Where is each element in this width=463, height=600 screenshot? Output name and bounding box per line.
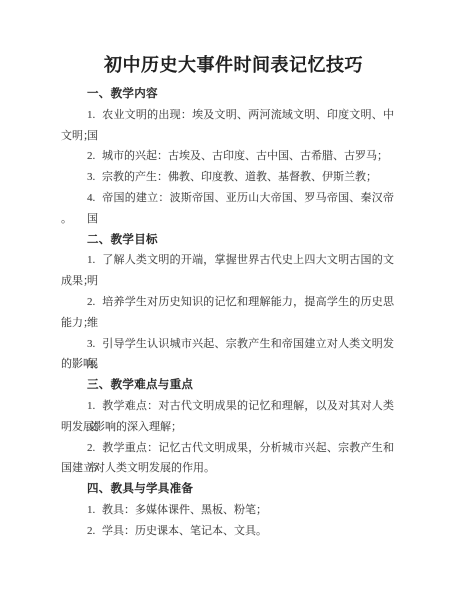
document-content: 初中历史大事件时间表记忆技巧 一、教学内容1. 农业文明的出现：埃及文明、两河流… bbox=[61, 52, 394, 542]
document-body: 一、教学内容1. 农业文明的出现：埃及文明、两河流域文明、印度文明、中国文明；2… bbox=[61, 84, 394, 542]
list-item-wrap-line: 国建立对人类文明发展的作用。 bbox=[61, 458, 394, 479]
list-item-wrap-line: 文明； bbox=[61, 126, 394, 147]
document-page: 初中历史大事件时间表记忆技巧 一、教学内容1. 农业文明的出现：埃及文明、两河流… bbox=[0, 0, 463, 600]
list-item-line: 2. 教学重点：记忆古代文明成果，分析城市兴起、宗教产生和帝 bbox=[61, 438, 394, 459]
list-item-line: 1. 了解人类文明的开端，掌握世界古代史上四大文明古国的文明 bbox=[61, 250, 394, 271]
list-item-line: 1. 农业文明的出现：埃及文明、两河流域文明、印度文明、中国 bbox=[61, 105, 394, 126]
list-item-line: 1. 教具：多媒体课件、黑板、粉笔； bbox=[61, 500, 394, 521]
list-item-wrap-line: 明发展影响的深入理解； bbox=[61, 417, 394, 438]
section-heading: 二、教学目标 bbox=[61, 230, 394, 251]
list-item-line: 3. 引导学生认识城市兴起、宗教产生和帝国建立对人类文明发展 bbox=[61, 334, 394, 355]
list-item-line: 2. 城市的兴起：古埃及、古印度、古中国、古希腊、古罗马； bbox=[61, 146, 394, 167]
list-item-line: 1. 教学难点：对古代文明成果的记忆和理解，以及对其对人类文 bbox=[61, 396, 394, 417]
list-item-line: 3. 宗教的产生：佛教、印度教、道教、基督教、伊斯兰教； bbox=[61, 167, 394, 188]
list-item-line: 2. 学具：历史课本、笔记本、文具。 bbox=[61, 521, 394, 542]
document-title: 初中历史大事件时间表记忆技巧 bbox=[61, 52, 394, 78]
list-item-wrap-line: 。 bbox=[61, 209, 394, 230]
list-item-line: 4. 帝国的建立：波斯帝国、亚历山大帝国、罗马帝国、秦汉帝国 bbox=[61, 188, 394, 209]
list-item-wrap-line: 能力； bbox=[61, 313, 394, 334]
section-heading: 四、教具与学具准备 bbox=[61, 479, 394, 500]
section-heading: 一、教学内容 bbox=[61, 84, 394, 105]
list-item-wrap-line: 成果； bbox=[61, 271, 394, 292]
list-item-line: 2. 培养学生对历史知识的记忆和理解能力，提高学生的历史思维 bbox=[61, 292, 394, 313]
section-heading: 三、教学难点与重点 bbox=[61, 375, 394, 396]
list-item-wrap-line: 的影响。 bbox=[61, 354, 394, 375]
